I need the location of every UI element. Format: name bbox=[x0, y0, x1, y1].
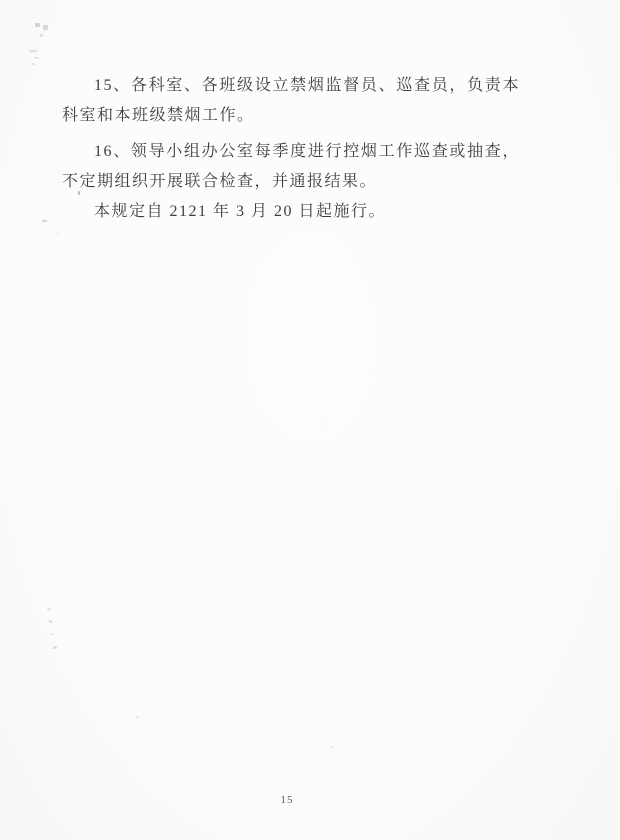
scan-speck bbox=[31, 63, 35, 65]
scan-speck bbox=[47, 608, 51, 610]
scan-speck bbox=[34, 57, 39, 59]
document-page: 15、各科室、各班级设立禁烟监督员、巡查员，负责本科室和本班级禁烟工作。 16、… bbox=[0, 0, 620, 840]
scan-speck bbox=[322, 423, 324, 425]
scan-speck bbox=[29, 49, 37, 52]
document-body: 15、各科室、各班级设立禁烟监督员、巡查员，负责本科室和本班级禁烟工作。 16、… bbox=[62, 71, 520, 227]
scan-speck bbox=[136, 716, 139, 718]
scan-speck bbox=[51, 633, 54, 635]
scan-speck bbox=[330, 746, 333, 748]
page-number: 15 bbox=[272, 794, 302, 806]
scan-speck bbox=[53, 646, 57, 649]
paragraph-effective-date: 本规定自 2121 年 3 月 20 日起施行。 bbox=[62, 197, 520, 227]
scan-speck bbox=[40, 34, 43, 37]
scan-speck bbox=[49, 620, 52, 623]
scan-speck bbox=[43, 25, 48, 30]
paragraph-item-15: 15、各科室、各班级设立禁烟监督员、巡查员，负责本科室和本班级禁烟工作。 bbox=[62, 71, 520, 131]
scan-speck bbox=[35, 23, 40, 27]
scan-speck bbox=[42, 220, 47, 222]
paragraph-item-16: 16、领导小组办公室每季度进行控烟工作巡查或抽查，不定期组织开展联合检查，并通报… bbox=[62, 137, 520, 197]
scan-speck bbox=[57, 233, 59, 235]
